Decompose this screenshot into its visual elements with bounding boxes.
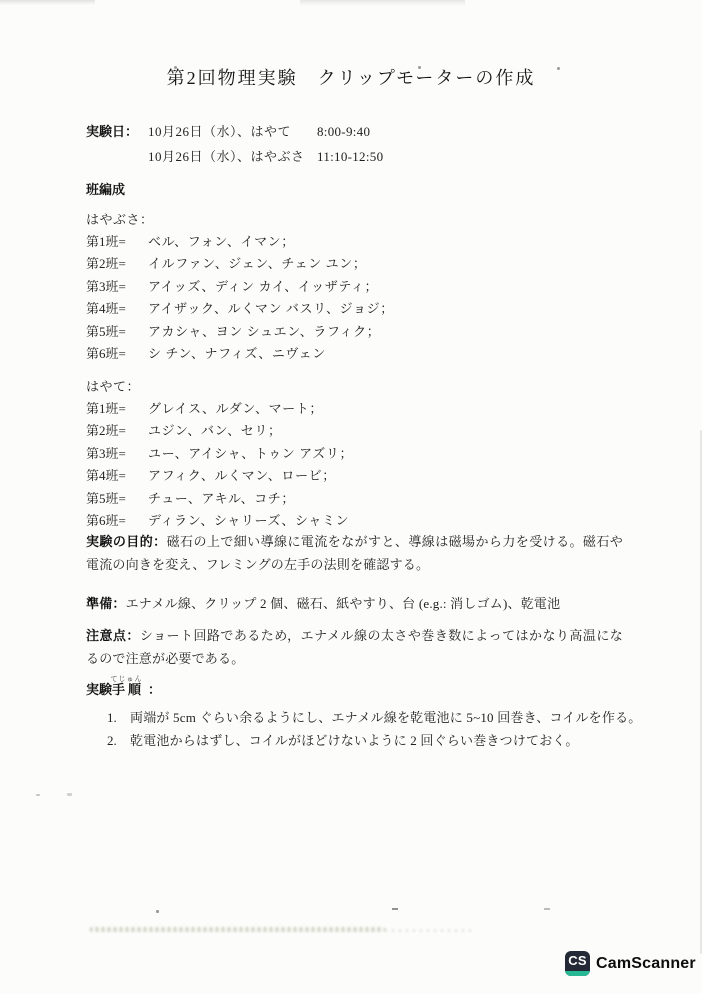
camscanner-logo-icon: CS [565,951,590,976]
team-members: アイザック、ルくマン バスリ、ジョジ； [148,298,394,320]
procedure-furigana: てじゅん [111,675,143,683]
scan-speck [174,66,177,69]
materials-label: 準備： [86,596,126,611]
team-members: アイッズ、ディン カイ、イッザティ； [148,276,378,298]
team-label: 第2班= [86,420,148,442]
team-label: 第6班= [86,510,148,532]
experiment-date-label: 実験日： [86,119,148,144]
team-row: 第5班= チュー、アキル、コチ； [86,488,353,510]
materials-text: エナメル線、クリップ 2 個、磁石、紙やすり、台 (e.g.: 消しゴム)、乾電… [126,596,561,611]
scan-speck [418,66,421,69]
camscanner-logo-accent-bar [565,971,590,976]
team-label: 第1班= [86,398,148,420]
session-date: 10月26日（水）、はやて [148,119,317,144]
team-row: 第4班= アイザック、ルくマン バスリ、ジョジ； [86,298,394,320]
procedure-step: 1. 両端が 5cm ぐらい余るようにし、エナメル線を乾電池に 5~10 回巻き… [107,707,642,730]
purpose-label: 実験の目的： [86,534,167,549]
procedure-colon: ： [148,682,161,697]
step-text: 乾電池からはずし、コイルがほどけないように 2 回ぐらい巻きつけておく。 [130,730,579,753]
team-members: チュー、アキル、コチ； [148,488,295,510]
team-members: イルファン、ジェン、チェン ユン； [148,253,366,275]
camscanner-watermark: CS CamScanner [565,951,696,976]
team-members: シ チン、ナフィズ、ニヴェン [148,343,326,365]
caution-label: 注意点： [86,628,140,643]
team-label: 第5班= [86,488,148,510]
procedure-label-word: 手順 [111,682,143,697]
team-members: アカシャ、ヨン シュエン、ラフィク； [148,321,380,343]
team-row: 第1班= ベル、フォン、イマン； [86,231,394,253]
scan-edge-smudge [0,0,95,5]
step-number: 1. [107,707,130,730]
scan-speck [156,910,159,913]
scan-speck [544,908,550,910]
team-members: ベル、フォン、イマン； [148,231,295,253]
session-time: 11:10-12:50 [317,144,383,169]
team-label: 第3班= [86,443,148,465]
procedure-label-ruby: 手順てじゅん [112,682,141,697]
experiment-date-section: 実験日： 10月26日（水）、はやて 8:00-9:40 10月26日（水）、は… [86,119,383,169]
camscanner-brand-text: CamScanner [596,955,696,973]
team-label: 第6班= [86,343,148,365]
group-hayate-team-list: 第1班= グレイス、ルダン、マート； 第2班= ユジン、バン、セリ； 第3班= … [86,398,353,532]
team-row: 第2班= イルファン、ジェン、チェン ユン； [86,253,394,275]
team-members: ユー、アイシャ、トゥン アズリ； [148,443,353,465]
team-members: ディラン、シャリーズ、シャミン [148,510,349,532]
session-time: 8:00-9:40 [317,119,370,144]
team-row: 第2班= ユジン、バン、セリ； [86,420,353,442]
team-row: 第6班= ディラン、シャリーズ、シャミン [86,510,353,532]
team-organization-heading: 班編成 [86,179,125,198]
materials-paragraph: 準備：エナメル線、クリップ 2 個、磁石、紙やすり、台 (e.g.: 消しゴム)… [86,592,623,615]
group-name-hayabusa: はやぶさ： [86,209,154,228]
purpose-text: 磁石の上で細い導線に電流をながすと、導線は磁場から力を受ける。磁石や電流の向きを… [86,534,623,572]
purpose-paragraph: 実験の目的：磁石の上で細い導線に電流をながすと、導線は磁場から力を受ける。磁石や… [86,530,623,576]
scan-edge-smudge [300,0,465,6]
caution-paragraph: 注意点：ショート回路であるため，エナメル線の太さや巻き数によってはかなり高温にな… [86,624,623,670]
team-members: ユジン、バン、セリ； [148,420,282,442]
procedure-steps: 1. 両端が 5cm ぐらい余るようにし、エナメル線を乾電池に 5~10 回巻き… [107,707,642,753]
scan-noise-line [90,927,385,932]
scan-speck [67,793,72,796]
team-row: 第3班= ユー、アイシャ、トゥン アズリ； [86,443,353,465]
scan-speck [36,794,40,796]
session-date: 10月26日（水）、はやぶさ [148,144,317,169]
scanned-document-page: 第2回物理実験 クリップモーターの作成 実験日： 10月26日（水）、はやて 8… [0,0,702,994]
team-label: 第4班= [86,465,148,487]
procedure-step: 2. 乾電池からはずし、コイルがほどけないように 2 回ぐらい巻きつけておく。 [107,730,642,753]
team-members: アフィク、ルくマン、ロービ； [148,465,336,487]
scan-speck [557,67,560,70]
step-number: 2. [107,730,130,753]
team-label: 第5班= [86,321,148,343]
team-label: 第3班= [86,276,148,298]
group-hayabusa-team-list: 第1班= ベル、フォン、イマン； 第2班= イルファン、ジェン、チェン ユン； … [86,231,394,365]
team-label: 第4班= [86,298,148,320]
schedule-row: 実験日： 10月26日（水）、はやて 8:00-9:40 [86,119,383,144]
team-row: 第4班= アフィク、ルくマン、ロービ； [86,465,353,487]
procedure-heading: 実験手順てじゅん： [86,675,161,698]
team-row: 第5班= アカシャ、ヨン シュエン、ラフィク； [86,321,394,343]
scan-noise-line [385,929,475,932]
caution-text: ショート回路であるため，エナメル線の太さや巻き数によってはかなり高温になるので注… [86,628,623,666]
team-row: 第6班= シ チン、ナフィズ、ニヴェン [86,343,394,365]
scan-speck [392,908,398,910]
team-label: 第1班= [86,231,148,253]
team-row: 第1班= グレイス、ルダン、マート； [86,398,353,420]
procedure-label-prefix: 実験 [86,682,112,697]
team-row: 第3班= アイッズ、ディン カイ、イッザティ； [86,276,394,298]
step-text: 両端が 5cm ぐらい余るようにし、エナメル線を乾電池に 5~10 回巻き、コイ… [130,707,642,730]
group-name-hayate: はやて： [86,376,140,395]
team-label: 第2班= [86,253,148,275]
schedule-label-spacer [86,144,148,169]
camscanner-logo-initials: CS [568,951,586,971]
schedule-row: 10月26日（水）、はやぶさ 11:10-12:50 [86,144,383,169]
team-members: グレイス、ルダン、マート； [148,398,323,420]
document-title: 第2回物理実験 クリップモーターの作成 [0,64,702,90]
